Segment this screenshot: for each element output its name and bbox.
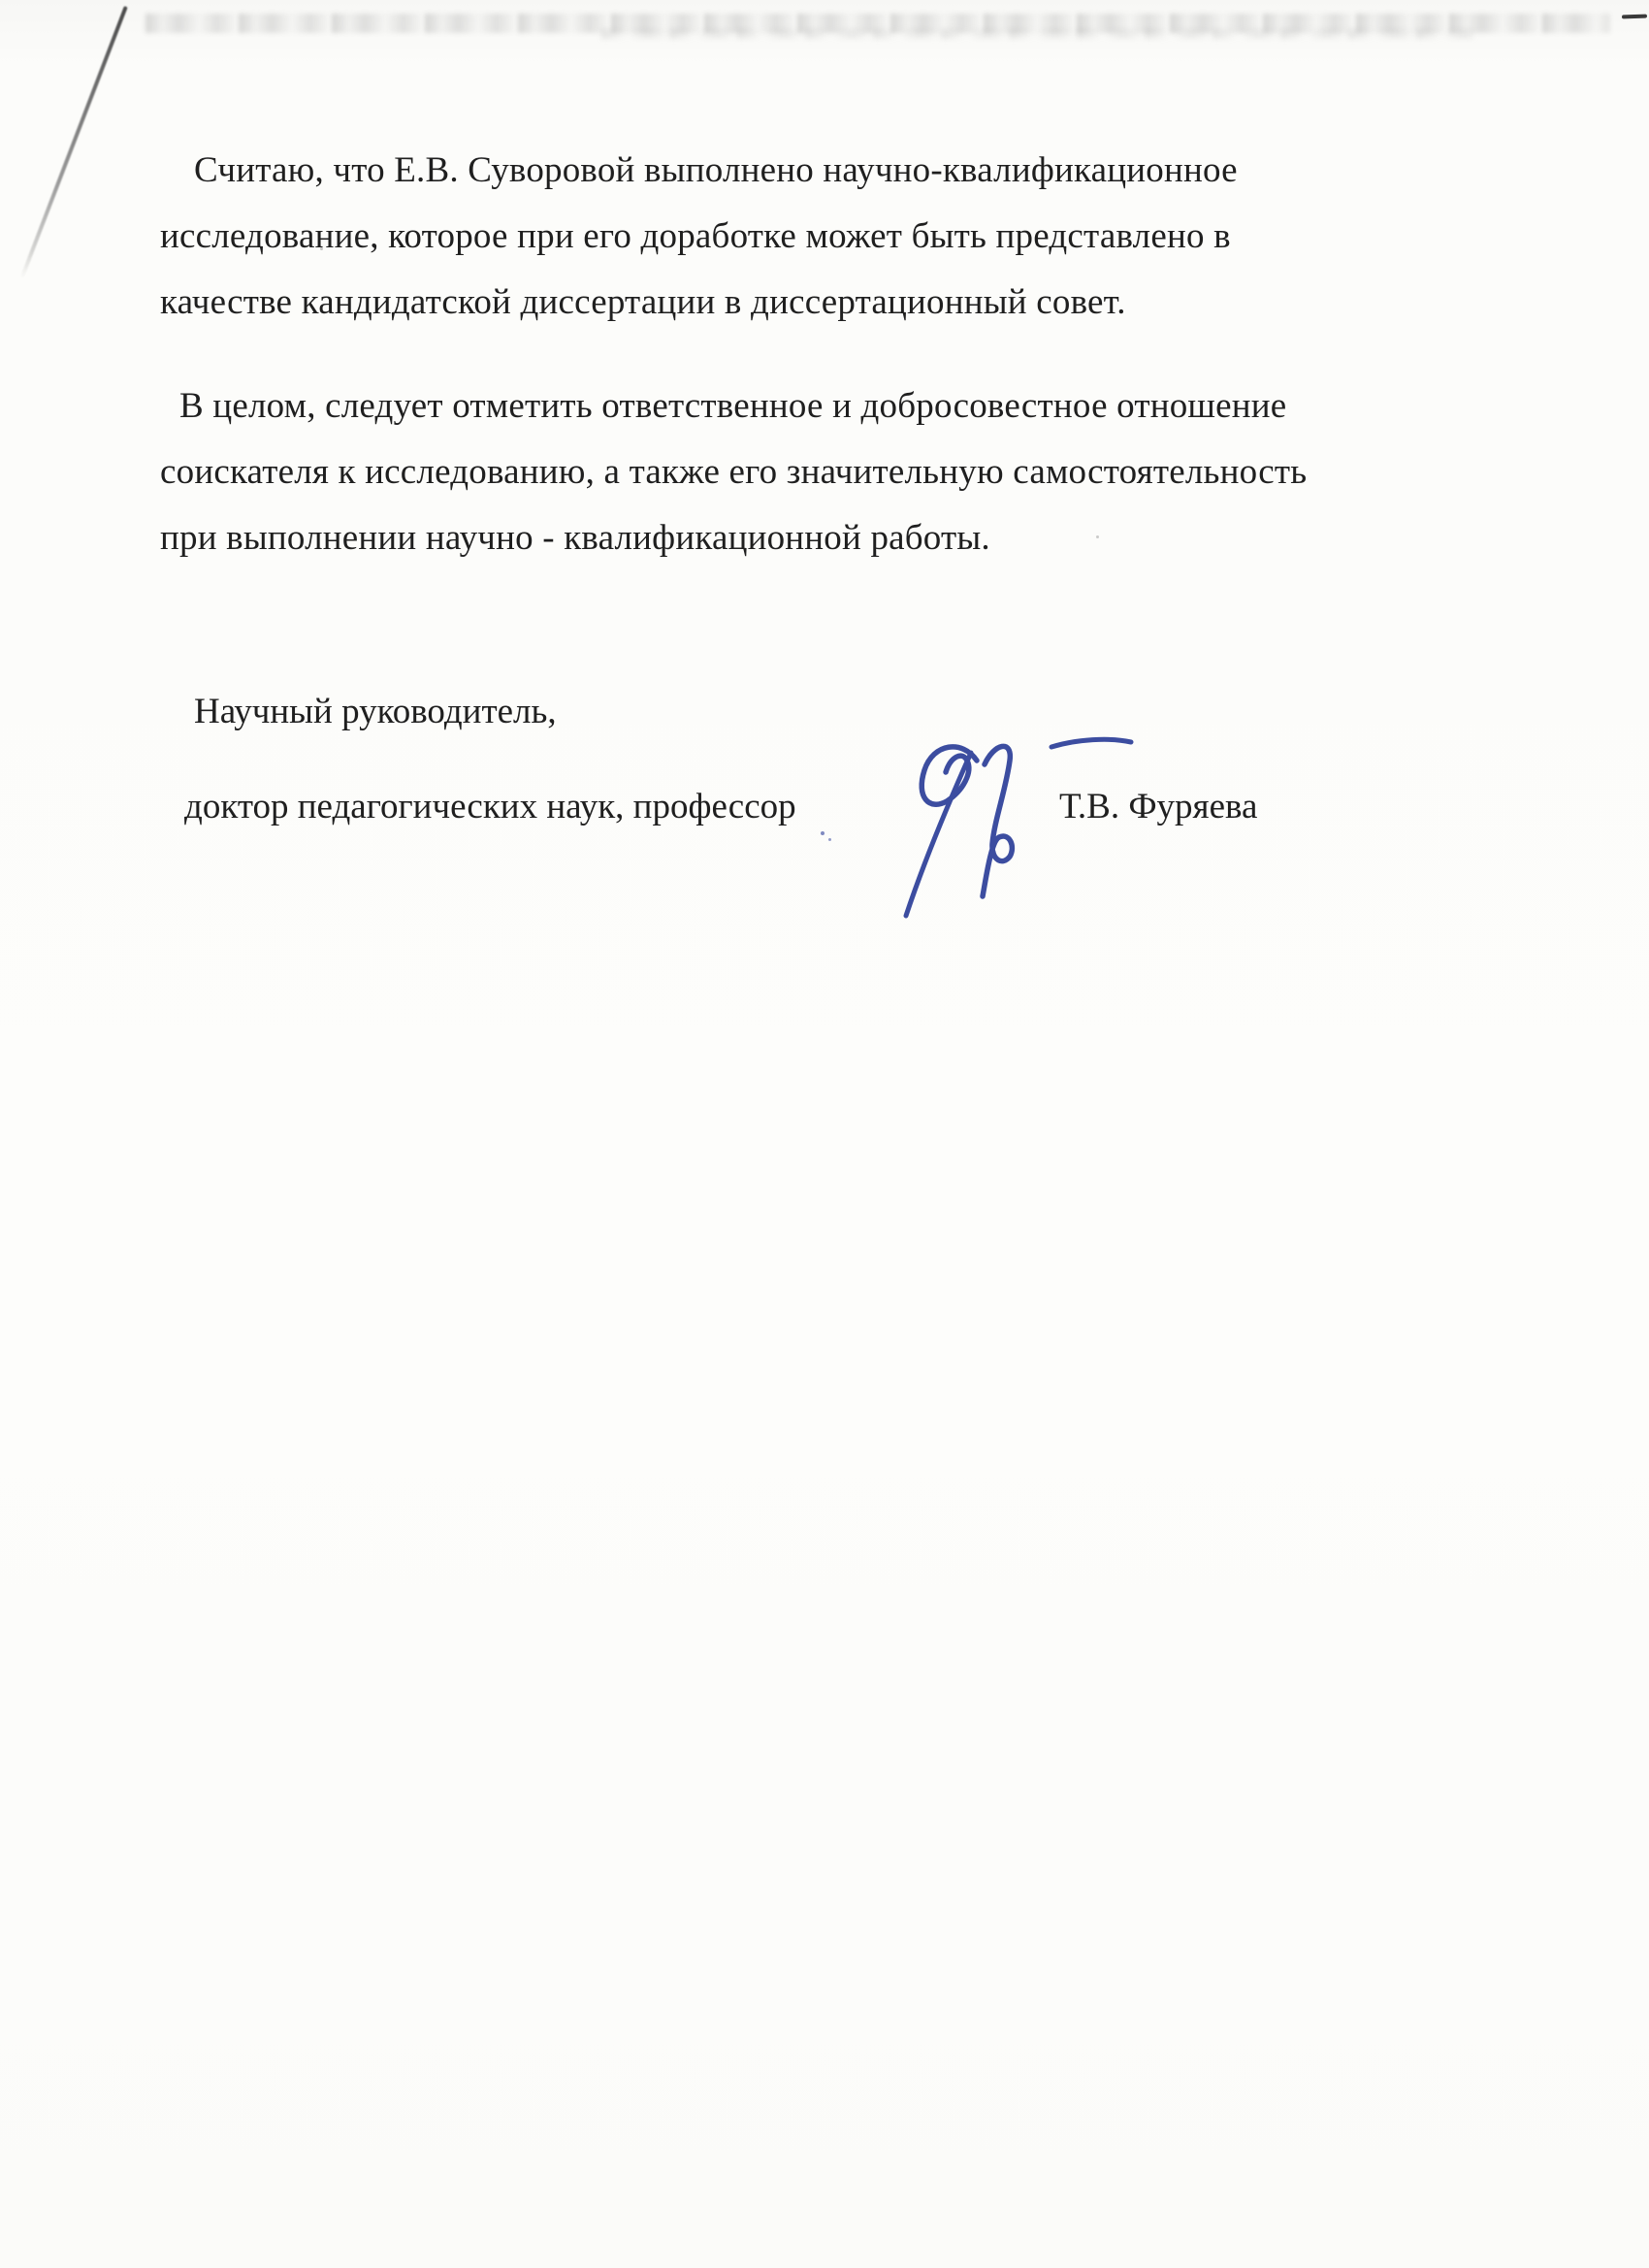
scanned-document-page: Считаю, что Е.В. Суворовой выполнено нау… [0, 0, 1649, 2268]
ink-speck [821, 831, 824, 835]
paragraph-assessment: В целом, следует отметить ответственное … [160, 373, 1159, 571]
signature-stroke [983, 746, 1012, 896]
signature-dash [1051, 739, 1131, 747]
signature-stroke [906, 753, 971, 916]
text-line: исследование, которое при его доработке … [160, 204, 1159, 270]
text-line: Считаю, что Е.В. Суворовой выполнено нау… [160, 138, 1159, 204]
ink-speck [828, 838, 831, 841]
signatory-role-line-2: доктор педагогических наук, профессор [184, 786, 796, 827]
text-line: качестве кандидатской диссертации в дисс… [160, 270, 1159, 336]
scan-edge-mark [1622, 15, 1647, 19]
signatory-name: Т.В. Фуряева [1059, 786, 1257, 827]
paragraph-recommendation: Считаю, что Е.В. Суворовой выполнено нау… [160, 138, 1159, 336]
text-line: В целом, следует отметить ответственное … [160, 373, 1159, 439]
text-line: при выполнении научно - квалификационной… [160, 505, 1159, 571]
text-line: соискателя к исследованию, а также его з… [160, 439, 1159, 505]
signatory-role-line-1: Научный руководитель, [194, 691, 557, 732]
scan-fold-line [19, 6, 127, 279]
scan-bleed-through-band-secondary [601, 29, 1474, 39]
